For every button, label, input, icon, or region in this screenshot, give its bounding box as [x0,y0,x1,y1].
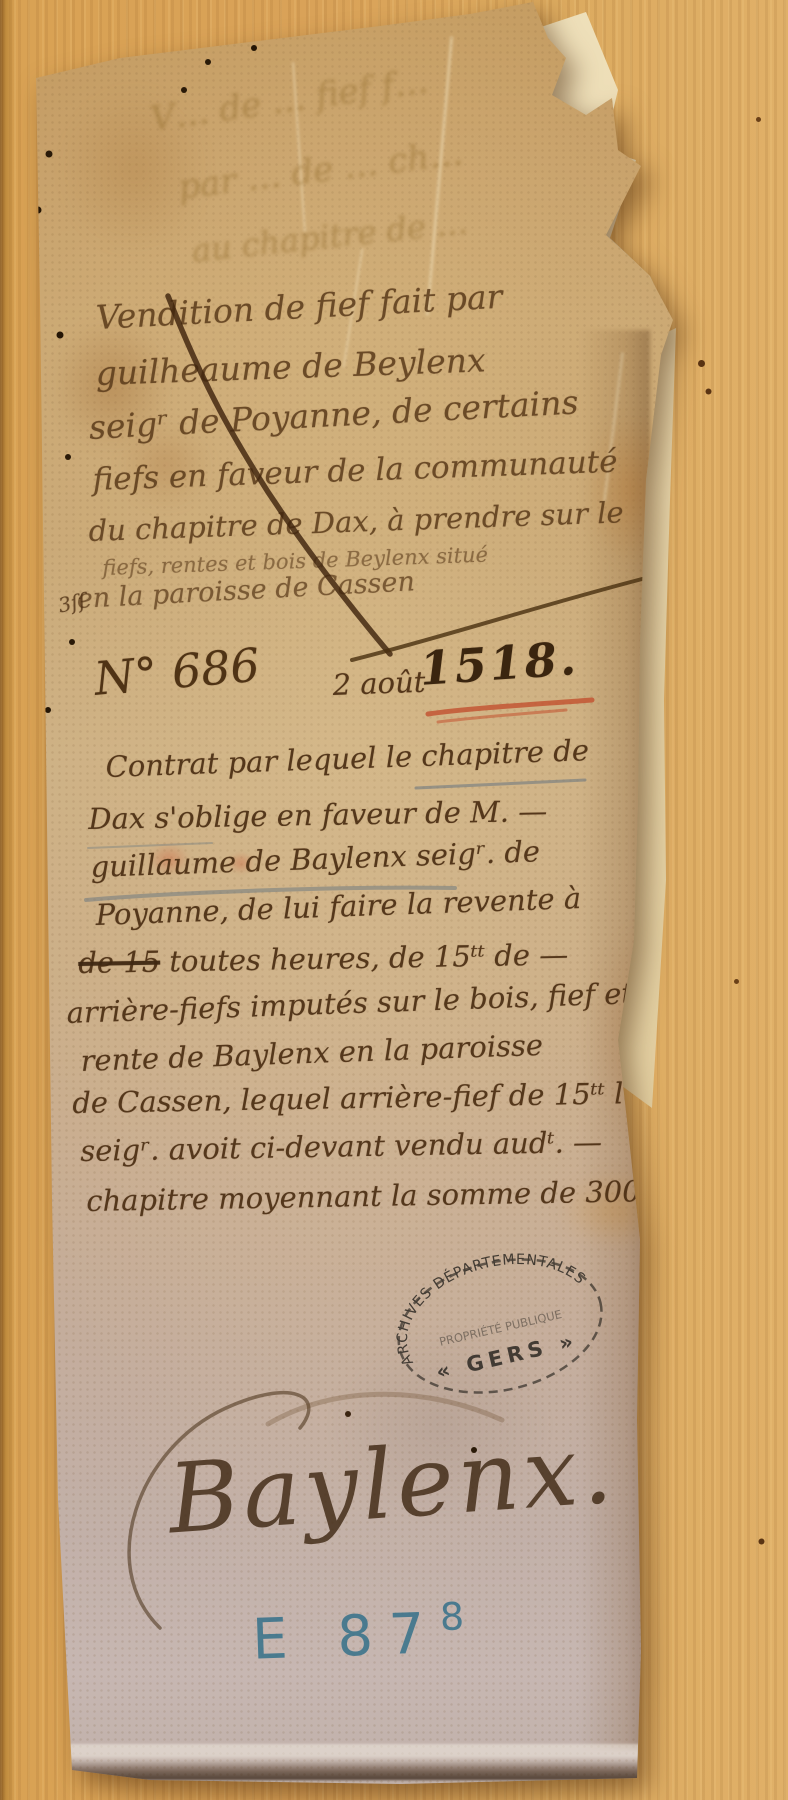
shelfmark-e878: E 878 [251,1594,466,1672]
right-edge-shadow [580,330,650,1750]
faded-handwriting-line: par … de … ch… [176,133,465,208]
shelfmark-superscript: 8 [439,1594,465,1639]
bottom-page-edge [60,1744,642,1780]
summary-line: Contrat par lequel le chapitre de [105,733,590,784]
day-month: 2 août [332,665,426,702]
summary-line-rest: toutes heures, de 15ᵗᵗ de — [160,937,569,978]
summary-line: de 15 toutes heures, de 15ᵗᵗ de — [78,937,568,980]
pencil-strikethrough [416,780,585,788]
summary-line: arrière-fiefs imputés sur le bois, fief … [66,976,634,1030]
faded-handwriting-line: au chapitre de … [190,203,470,270]
summary-line: rente de Baylenx en la paroisse [80,1028,543,1078]
year-1518: 1518. [418,631,580,696]
shelfmark-prefix: E 87 [251,1601,442,1673]
document-number: N° 686 [92,638,262,706]
struck-fragment: de 15 [78,945,160,980]
red-underline-1518 [438,710,566,722]
summary-line: Poyanne, de lui faire la revente à [95,881,582,932]
red-underline-1518 [428,700,592,714]
summary-line: guillaume de Baylenx seigʳ. de [90,834,541,884]
wormhole-dots [0,0,4,4]
baylenx-signature: Baylenx. [165,1413,620,1556]
struck-text-line: Vendition de fief fait par [95,277,503,337]
summary-line: seigʳ. avoit ci-devant vendu audᵗ. — [80,1125,602,1168]
photo-of-archival-document: V… de … fief f… par … de … ch… au chapit… [0,0,788,1800]
parchment-page: V… de … fief f… par … de … ch… au chapit… [0,0,788,1800]
faded-handwriting-line: V… de … fief f… [148,61,430,140]
summary-line: Dax s'oblige en faveur de M. — [88,794,547,836]
parchment-wrap: V… de … fief f… par … de … ch… au chapit… [0,0,788,1800]
